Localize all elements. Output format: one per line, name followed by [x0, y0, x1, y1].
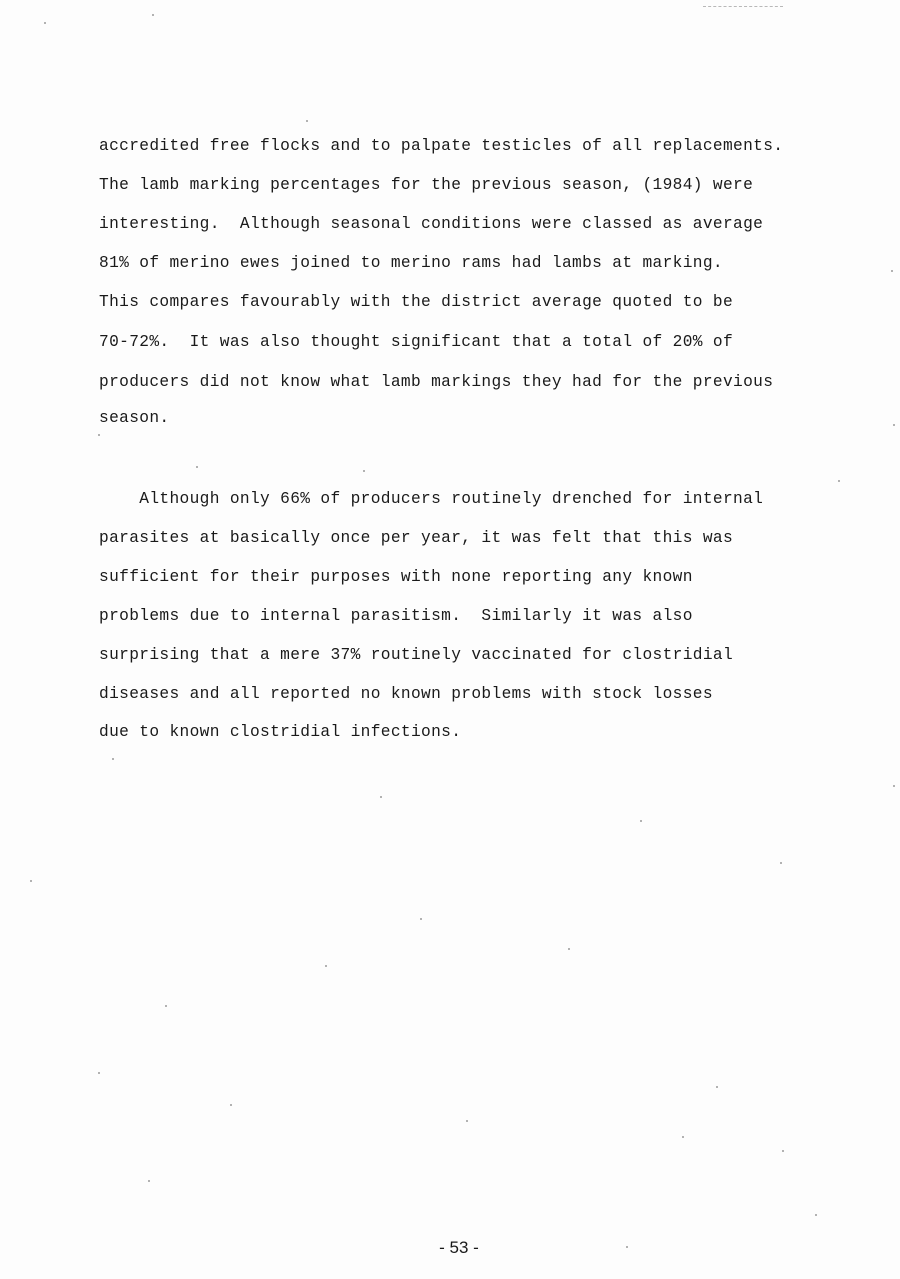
scan-speck — [716, 1086, 718, 1088]
scan-speck — [165, 1005, 167, 1007]
text-line: due to known clostridial infections. — [99, 722, 461, 742]
text-line: interesting. Although seasonal condition… — [99, 214, 763, 234]
text-line: Although only 66% of producers routinely… — [99, 489, 763, 509]
scan-speck — [682, 1136, 684, 1138]
text-line: producers did not know what lamb marking… — [99, 372, 773, 392]
scan-speck — [815, 1214, 817, 1216]
scan-speck — [112, 758, 114, 760]
text-line: surprising that a mere 37% routinely vac… — [99, 645, 733, 665]
text-line: problems due to internal parasitism. Sim… — [99, 606, 693, 626]
header-scan-mark — [703, 6, 783, 9]
scan-speck — [891, 270, 893, 272]
scan-speck — [363, 470, 365, 472]
scan-speck — [148, 1180, 150, 1182]
page-number: - 53 - — [0, 1238, 900, 1258]
scan-speck — [893, 785, 895, 787]
scan-speck — [838, 480, 840, 482]
scan-speck — [380, 796, 382, 798]
text-line: 81% of merino ewes joined to merino rams… — [99, 253, 723, 273]
scan-speck — [196, 466, 198, 468]
scan-speck — [98, 434, 100, 436]
document-page: accredited free flocks and to palpate te… — [0, 0, 900, 1279]
scan-speck — [893, 424, 895, 426]
scan-speck — [325, 965, 327, 967]
text-line: season. — [99, 408, 169, 428]
scan-speck — [626, 1246, 628, 1248]
scan-speck — [466, 1120, 468, 1122]
text-line: 70-72%. It was also thought significant … — [99, 332, 733, 352]
scan-speck — [30, 880, 32, 882]
scan-speck — [44, 22, 46, 24]
scan-speck — [568, 948, 570, 950]
text-line: This compares favourably with the distri… — [99, 292, 733, 312]
text-line: sufficient for their purposes with none … — [99, 567, 693, 587]
scan-speck — [420, 918, 422, 920]
scan-speck — [98, 1072, 100, 1074]
scan-speck — [230, 1104, 232, 1106]
text-line: parasites at basically once per year, it… — [99, 528, 733, 548]
text-line: diseases and all reported no known probl… — [99, 684, 713, 704]
scan-speck — [306, 120, 308, 122]
scan-speck — [782, 1150, 784, 1152]
scan-speck — [780, 862, 782, 864]
scan-speck — [152, 14, 154, 16]
scan-speck — [640, 820, 642, 822]
text-line: accredited free flocks and to palpate te… — [99, 136, 783, 156]
text-line: The lamb marking percentages for the pre… — [99, 175, 753, 195]
